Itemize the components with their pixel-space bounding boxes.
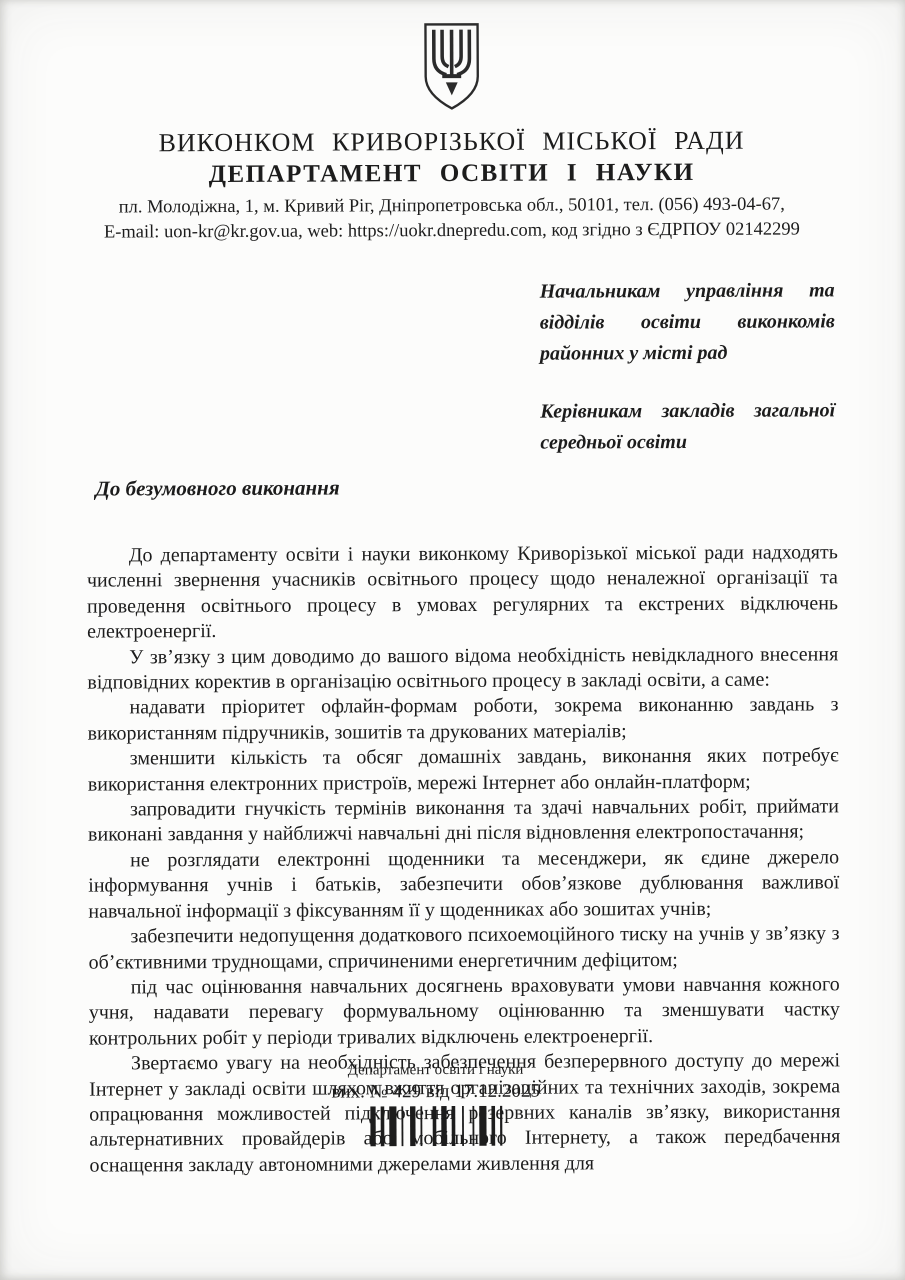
addressee-block: Начальникам управління та відділів освіт… [540, 275, 836, 458]
stamp-outgoing-number: вих. № 429 від 17.12.2025 [3, 1079, 868, 1105]
organization-name: ВИКОНКОМ КРИВОРІЗЬКОЇ МІСЬКОЇ РАДИ [0, 125, 904, 159]
body-paragraph: До департаменту освіти і науки виконкому… [87, 540, 838, 645]
postal-address-line: пл. Молодіжна, 1, м. Кривий Ріг, Дніпроп… [0, 193, 904, 220]
body-paragraph: надавати пріоритет офлайн-формам роботи,… [87, 693, 838, 747]
letterhead-contacts: пл. Молодіжна, 1, м. Кривий Ріг, Дніпроп… [0, 193, 904, 245]
addressee-2: Керівникам закладів загальної середньої … [540, 395, 835, 458]
addressee-1-line: відділів освіти виконкомів [540, 306, 835, 338]
addressee-2-line: Керівникам закладів загальної [540, 395, 835, 427]
stamp-department-name: Департамент освіти і науки [3, 1060, 868, 1081]
body-paragraph: не розглядати електронні щоденники та ме… [88, 845, 839, 924]
addressee-1-line: Начальникам управління та [540, 275, 835, 307]
body-paragraph: У зв’язку з цим доводимо до вашого відом… [87, 642, 838, 696]
letterhead-emblem [415, 22, 487, 117]
scanned-letter-page: ВИКОНКОМ КРИВОРІЗЬКОЇ МІСЬКОЇ РАДИ ДЕПАР… [0, 0, 905, 1280]
body-paragraph: запровадити гнучкість термінів виконання… [88, 794, 839, 848]
body-paragraph: зменшити кількість та обсяг домашніх зав… [88, 744, 839, 798]
email-web-edrpou-line: E-mail: uon-kr@kr.gov.ua, web: https://u… [0, 218, 904, 245]
addressee-1: Начальникам управління та відділів освіт… [540, 275, 835, 369]
body-paragraph: забезпечити недопущення додаткового псих… [88, 921, 839, 975]
body-paragraph: під час оцінювання навчальних досягнень … [89, 972, 840, 1051]
department-name: ДЕПАРТАМЕНТ ОСВІТИ І НАУКИ [0, 158, 904, 190]
addressee-1-line: районних у місті рад [540, 337, 835, 369]
barcode [3, 1104, 868, 1153]
ukraine-trident-icon [415, 22, 487, 112]
execution-directive: До безумовного виконання [95, 473, 905, 502]
addressee-2-line: середньої освіти [540, 426, 835, 458]
registration-stamp: Департамент освіти і науки вих. № 429 ві… [3, 1060, 868, 1153]
